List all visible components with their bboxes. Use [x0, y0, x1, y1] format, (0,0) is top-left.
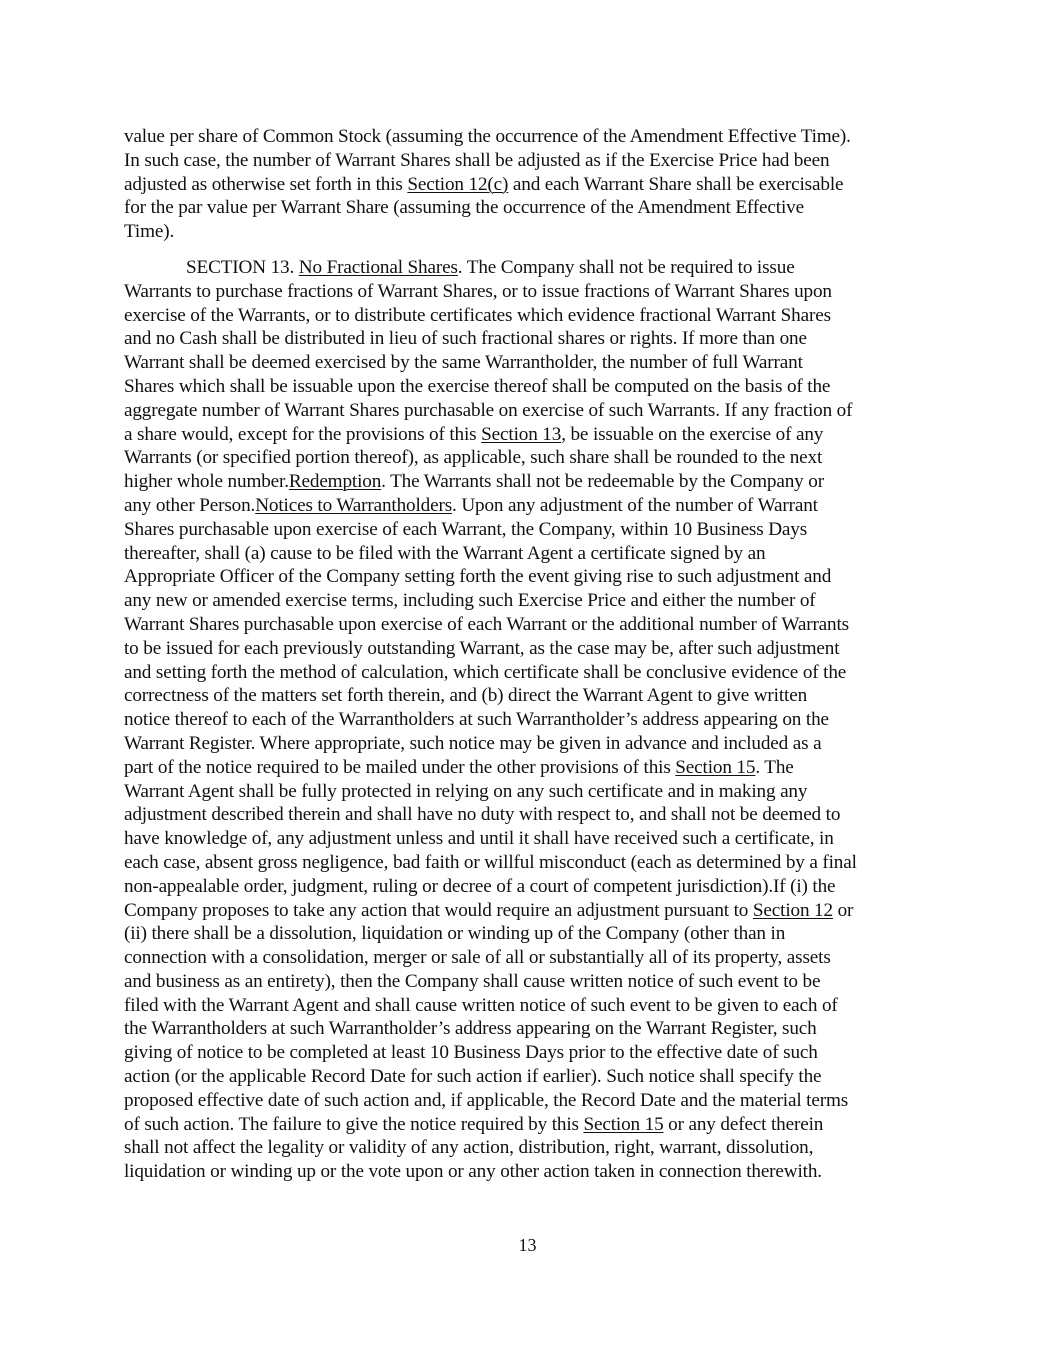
text-segment: part of the notice required to be mailed…	[124, 757, 675, 778]
text-line: any new or amended exercise terms, inclu…	[124, 589, 944, 613]
text-line: connection with a consolidation, merger …	[124, 946, 944, 970]
text-line: Shares purchasable upon exercise of each…	[124, 518, 944, 542]
text-line: Warrant Agent shall be fully protected i…	[124, 780, 944, 804]
text-line: Warrant Register. Where appropriate, suc…	[124, 732, 944, 756]
text-line: adjustment described therein and shall h…	[124, 803, 944, 827]
text-line: value per share of Common Stock (assumin…	[124, 125, 944, 149]
paragraph-section-13: SECTION 13. No Fractional Shares. The Co…	[124, 256, 944, 1184]
text-segment: a share would, except for the provisions…	[124, 424, 481, 445]
text-segment: . Upon any adjustment of the number of W…	[452, 495, 818, 516]
text-line: to be issued for each previously outstan…	[124, 637, 944, 661]
text-line: Warrant Shares purchasable upon exercise…	[124, 613, 944, 637]
section-13-label: SECTION 13.	[186, 257, 299, 278]
page-number: 13	[0, 1234, 1055, 1256]
text-line: have knowledge of, any adjustment unless…	[124, 827, 944, 851]
text-line: liquidation or winding up or the vote up…	[124, 1160, 944, 1184]
text-line: higher whole number.Redemption. The Warr…	[124, 470, 944, 494]
text-segment: . The Warrants shall not be redeemable b…	[381, 471, 824, 492]
text-line: proposed effective date of such action a…	[124, 1089, 944, 1113]
text-segment: Company proposes to take any action that…	[124, 900, 753, 921]
text-line: any other Person.Notices to Warrantholde…	[124, 494, 944, 518]
text-segment: or	[833, 900, 853, 921]
text-line: and business as an entirety), then the C…	[124, 970, 944, 994]
text-line: shall not affect the legality or validit…	[124, 1136, 944, 1160]
paragraph-section-12-continuation: value per share of Common Stock (assumin…	[124, 125, 944, 244]
text-segment: and each Warrant Share shall be exercisa…	[508, 174, 843, 195]
section-13-title: No Fractional Shares	[299, 257, 458, 278]
text-line: adjusted as otherwise set forth in this …	[124, 173, 944, 197]
text-line: (ii) there shall be a dissolution, liqui…	[124, 922, 944, 946]
text-line: thereafter, shall (a) cause to be filed …	[124, 542, 944, 566]
text-line: correctness of the matters set forth the…	[124, 684, 944, 708]
text-line: aggregate number of Warrant Shares purch…	[124, 399, 944, 423]
text-segment: . The Company shall not be required to i…	[458, 257, 795, 278]
text-line: Warrant shall be deemed exercised by the…	[124, 351, 944, 375]
text-line: Shares which shall be issuable upon the …	[124, 375, 944, 399]
text-line: Warrants to purchase fractions of Warran…	[124, 280, 944, 304]
text-line: Time).	[124, 220, 944, 244]
text-line: part of the notice required to be mailed…	[124, 756, 944, 780]
section-15-reference: Section 15	[583, 1114, 663, 1135]
text-line: and setting forth the method of calculat…	[124, 661, 944, 685]
text-line: In such case, the number of Warrant Shar…	[124, 149, 944, 173]
text-segment: adjusted as otherwise set forth in this	[124, 174, 407, 195]
text-segment: or any defect therein	[664, 1114, 824, 1135]
redemption-heading: Redemption	[289, 471, 381, 492]
text-segment: higher whole number.	[124, 471, 289, 492]
text-line: a share would, except for the provisions…	[124, 423, 944, 447]
paragraph-spacer	[124, 244, 944, 256]
text-line: Company proposes to take any action that…	[124, 899, 944, 923]
section-12-reference: Section 12	[753, 900, 833, 921]
section-13-reference: Section 13	[481, 424, 561, 445]
section-12c-reference: Section 12(c)	[407, 174, 508, 195]
document-body: value per share of Common Stock (assumin…	[124, 125, 944, 1184]
text-line: Warrants (or specified portion thereof),…	[124, 446, 944, 470]
text-line: giving of notice to be completed at leas…	[124, 1041, 944, 1065]
text-line: filed with the Warrant Agent and shall c…	[124, 994, 944, 1018]
text-line: for the par value per Warrant Share (ass…	[124, 196, 944, 220]
text-segment: of such action. The failure to give the …	[124, 1114, 583, 1135]
section-13-heading-line: SECTION 13. No Fractional Shares. The Co…	[124, 256, 944, 280]
text-line: and no Cash shall be distributed in lieu…	[124, 327, 944, 351]
text-line: Appropriate Officer of the Company setti…	[124, 565, 944, 589]
text-line: notice thereof to each of the Warranthol…	[124, 708, 944, 732]
notices-to-warrantholders-heading: Notices to Warrantholders	[255, 495, 452, 516]
text-line: exercise of the Warrants, or to distribu…	[124, 304, 944, 328]
text-line: non-appealable order, judgment, ruling o…	[124, 875, 944, 899]
document-page: value per share of Common Stock (assumin…	[0, 0, 1055, 1365]
text-line: action (or the applicable Record Date fo…	[124, 1065, 944, 1089]
text-line: of such action. The failure to give the …	[124, 1113, 944, 1137]
text-segment: any other Person.	[124, 495, 255, 516]
text-line: the Warrantholders at such Warrantholder…	[124, 1017, 944, 1041]
text-line: each case, absent gross negligence, bad …	[124, 851, 944, 875]
text-segment: , be issuable on the exercise of any	[561, 424, 823, 445]
section-15-reference: Section 15	[675, 757, 755, 778]
text-segment: . The	[755, 757, 793, 778]
